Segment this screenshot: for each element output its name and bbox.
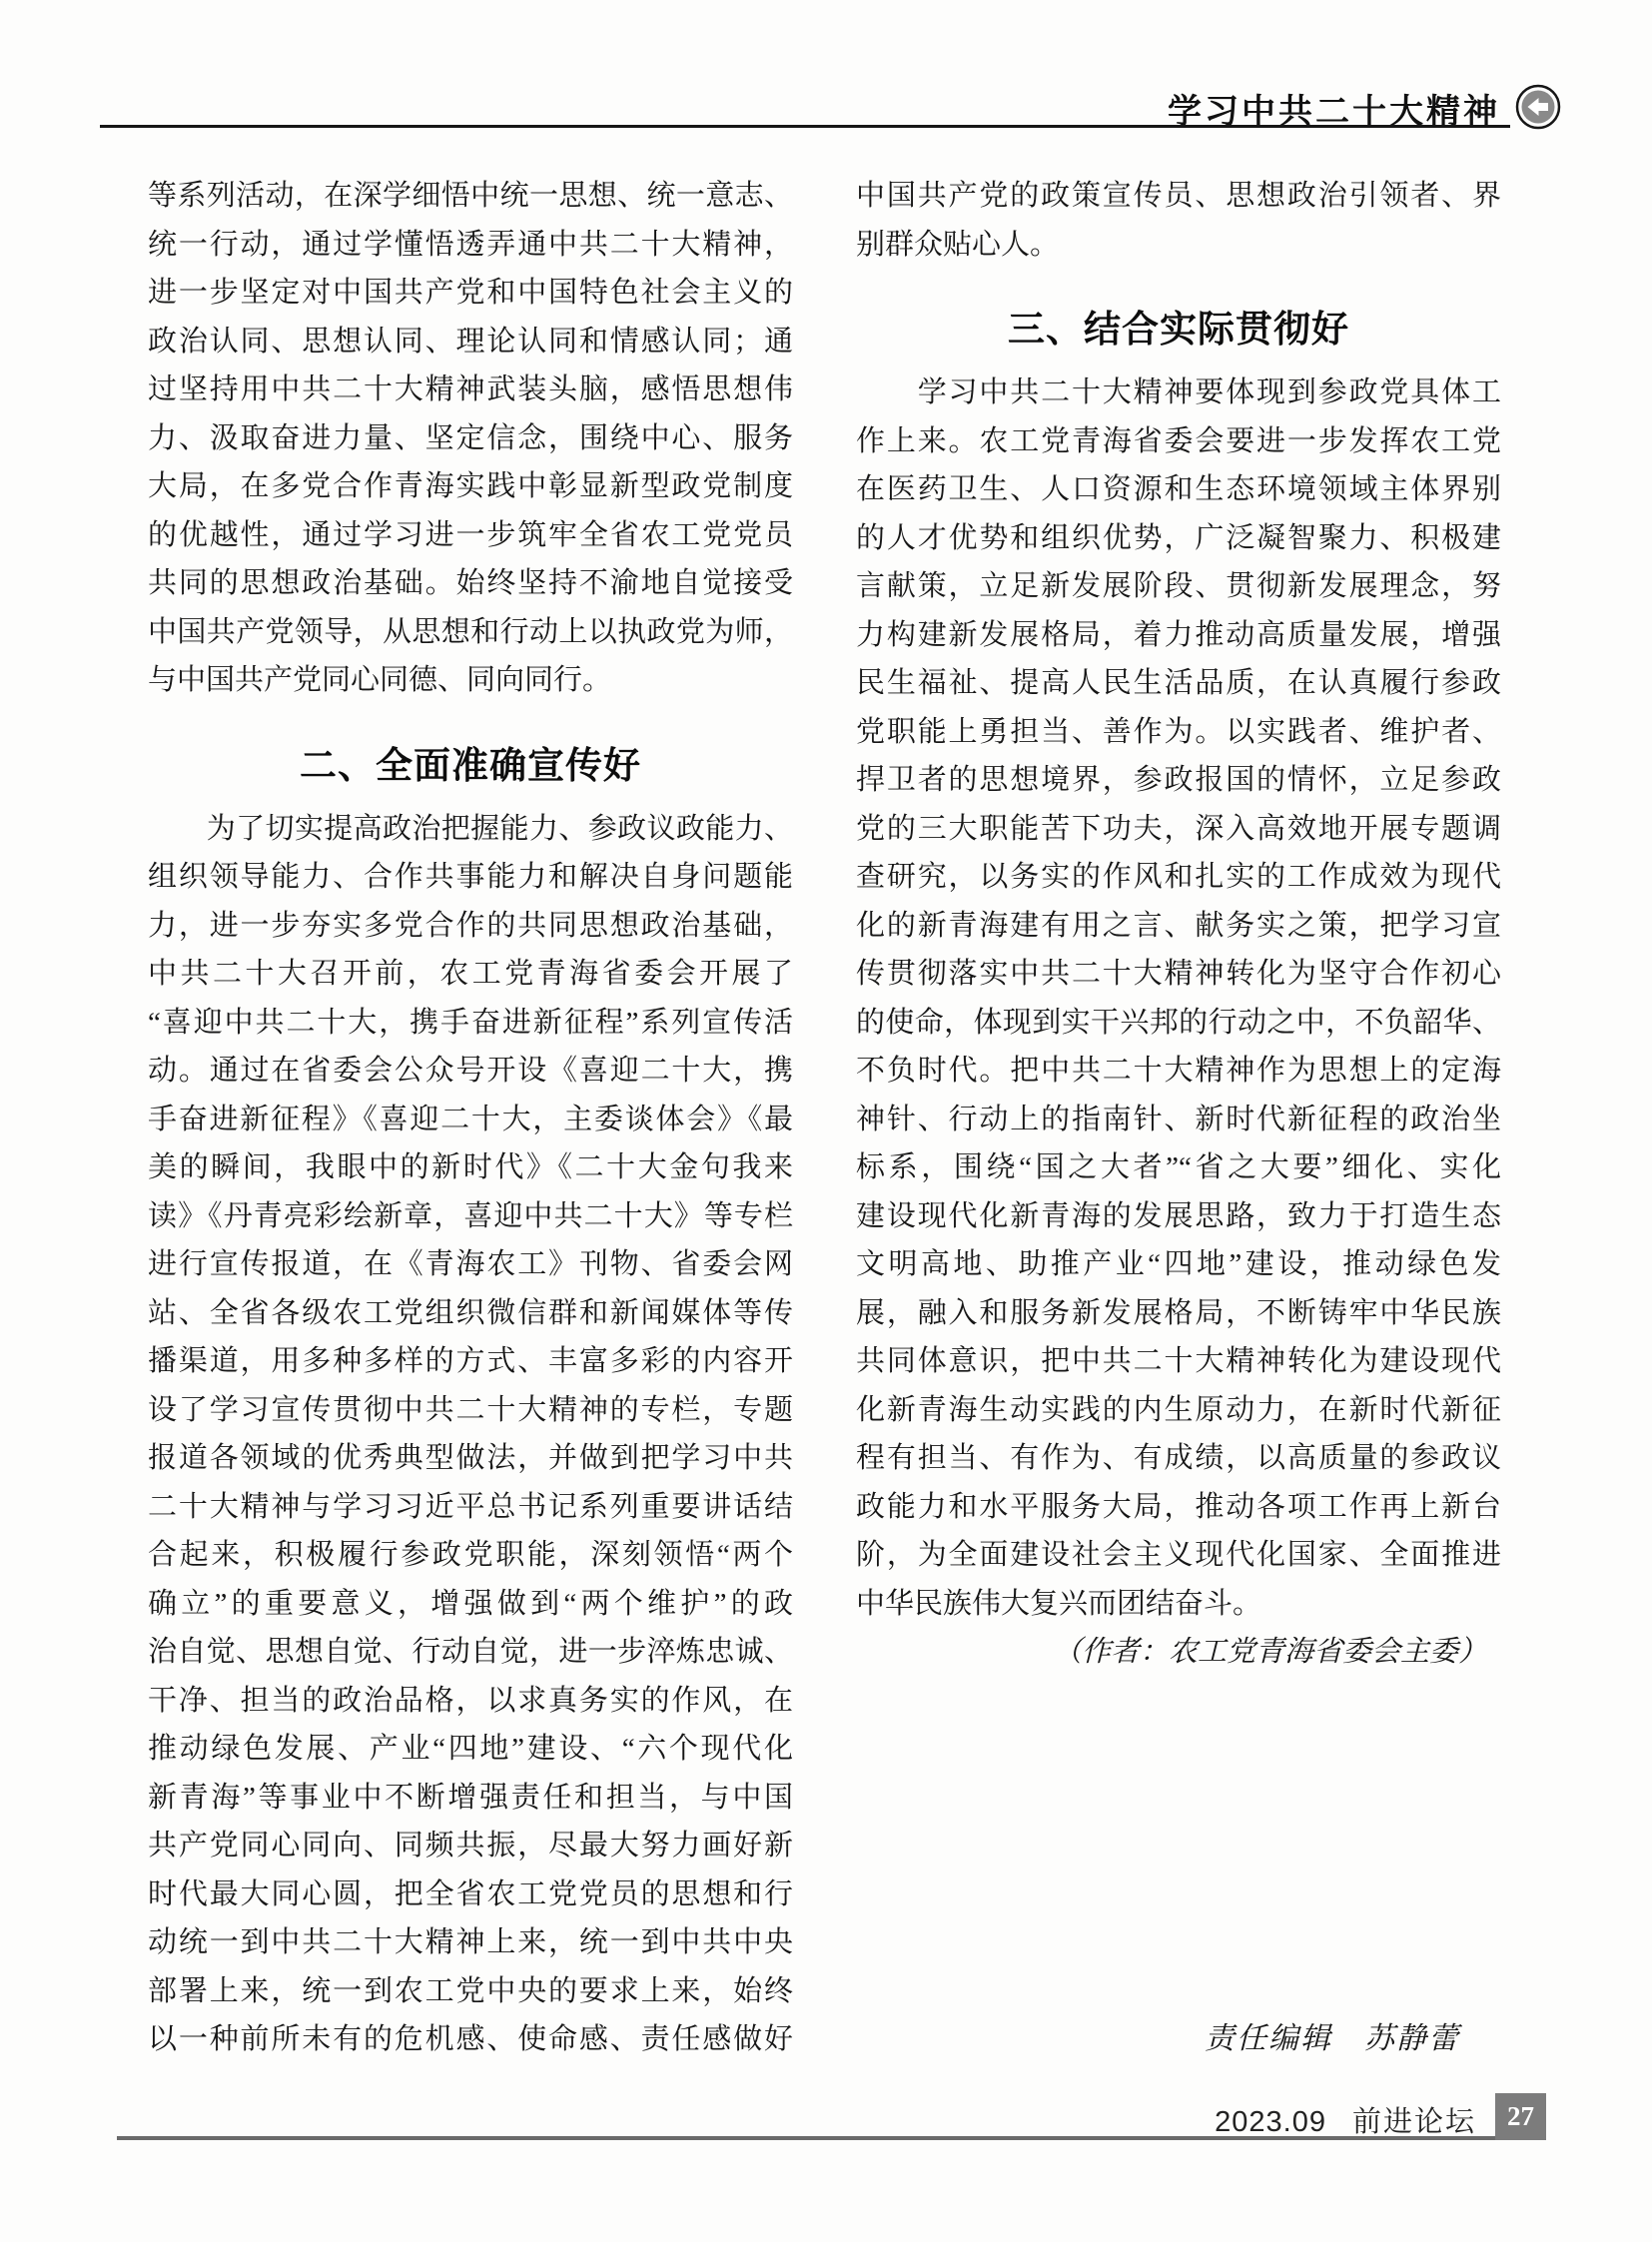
text-line: 查研究，以务实的作风和扎实的工作成效为现代 [856,853,1501,902]
text-line: 的优越性，通过学习进一步筑牢全省农工党党员 [148,511,793,560]
text-line: 政治认同、思想认同、理论认同和情感认同；通 [148,318,793,367]
text-line: 二十大精神与学习习近平总书记系列重要讲话结 [148,1483,793,1532]
text-line: 推动绿色发展、产业“四地”建设、“六个现代化 [148,1725,793,1774]
text-line: 确立”的重要意义，增强做到“两个维护”的政 [148,1580,793,1629]
text-line: 神针、行动上的指南针、新时代新征程的政治坐 [856,1096,1501,1144]
text-line: 为了切实提高政治把握能力、参政议政能力、 [148,805,793,854]
text-line: 美的瞬间，我眼中的新时代》《二十大金句我来 [148,1143,793,1192]
text-line: 不负时代。把中共二十大精神作为思想上的定海 [856,1047,1501,1096]
text-line: 合起来，积极履行参政党职能，深刻领悟“两个 [148,1531,793,1580]
text-line: 与中国共产党同心同德、同向同行。 [148,656,793,705]
section-heading-3: 三、结合实际贯彻好 [856,302,1501,358]
paragraph: 等系列活动，在深学细悟中统一思想、统一意志、统一行动，通过学懂悟透弄通中共二十大… [148,172,793,705]
text-line: 站、全省各级农工党组织微信群和新闻媒体等传 [148,1289,793,1338]
text-line: 进一步坚定对中国共产党和中国特色社会主义的 [148,269,793,318]
author-byline: （作者：农工党青海省委会主委） [856,1628,1501,1677]
text-line: 程有担当、有作为、有成绩，以高质量的参政议 [856,1434,1501,1483]
text-line: 作上来。农工党青海省委会要进一步发挥农工党 [856,417,1501,466]
text-line: 时代最大同心圆，把全省农工党党员的思想和行 [148,1870,793,1919]
text-line: 共同的思想政治基础。始终坚持不渝地自觉接受 [148,559,793,608]
text-line: 部署上来，统一到农工党中央的要求上来，始终 [148,1967,793,2016]
text-line: 共同体意识，把中共二十大精神转化为建设现代 [856,1337,1501,1386]
text-line: 中国共产党的政策宣传员、思想政治引领者、界 [856,172,1501,221]
paragraph: 为了切实提高政治把握能力、参政议政能力、组织领导能力、合作共事能力和解决自身问题… [148,805,793,2064]
text-line: 中共二十大召开前，农工党青海省委会开展了 [148,950,793,999]
text-line: 力构建新发展格局，着力推动高质量发展，增强 [856,611,1501,660]
left-column: 等系列活动，在深学细悟中统一思想、统一意志、统一行动，通过学懂悟透弄通中共二十大… [148,172,793,2064]
text-line: 学习中共二十大精神要体现到参政党具体工 [856,369,1501,417]
text-line: 建设现代化新青海的发展思路，致力于打造生态 [856,1192,1501,1241]
text-line: 中华民族伟大复兴而团结奋斗。 [856,1580,1501,1629]
text-line: 别群众贴心人。 [856,221,1501,270]
text-line: 言献策，立足新发展阶段、贯彻新发展理念，努 [856,562,1501,611]
text-line: 报道各领域的优秀典型做法，并做到把学习中共 [148,1434,793,1483]
text-line: 读》《丹青亮彩绘新章，喜迎中共二十大》等专栏 [148,1192,793,1241]
section-heading-2: 二、全面准确宣传好 [148,738,793,794]
text-line: “喜迎中共二十大，携手奋进新征程”系列宣传活 [148,999,793,1048]
text-line: 组织领导能力、合作共事能力和解决自身问题能 [148,853,793,902]
page-number-badge: 27 [1495,2093,1546,2140]
text-line: 阶，为全面建设社会主义现代化国家、全面推进 [856,1531,1501,1580]
text-line: 以一种前所未有的危机感、使命感、责任感做好 [148,2015,793,2064]
text-line: 手奋进新征程》《喜迎二十大，主委谈体会》《最 [148,1096,793,1144]
paragraph: 学习中共二十大精神要体现到参政党具体工作上来。农工党青海省委会要进一步发挥农工党… [856,369,1501,1628]
text-line: 动统一到中共二十大精神上来，统一到中共中央 [148,1918,793,1967]
right-column: 中国共产党的政策宣传员、思想政治引领者、界别群众贴心人。 三、结合实际贯彻好 学… [856,172,1501,1677]
text-line: 中国共产党领导，从思想和行动上以执政党为师， [148,608,793,657]
journal-name: 前进论坛 [1352,2106,1476,2138]
text-line: 捍卫者的思想境界，参政报国的情怀，立足参政 [856,756,1501,805]
magazine-page: 学习中共二十大精神 等系列活动，在深学细悟中统一思想、统一意志、统一行动，通过学… [0,0,1652,2242]
text-line: 力、汲取奋进力量、坚定信念，围绕中心、服务 [148,414,793,463]
text-line: 进行宣传报道，在《青海农工》刊物、省委会网 [148,1240,793,1289]
text-line: 等系列活动，在深学细悟中统一思想、统一意志、 [148,172,793,221]
text-line: 新青海”等事业中不断增强责任和担当，与中国 [148,1774,793,1823]
footer-journal-info: 2023.09前进论坛 [1215,2099,1476,2140]
text-line: 过坚持用中共二十大精神武装头脑，感悟思想伟 [148,366,793,414]
paragraph: 中国共产党的政策宣传员、思想政治引领者、界别群众贴心人。 [856,172,1501,269]
text-line: 播渠道，用多种多样的方式、丰富多彩的内容开 [148,1337,793,1386]
text-line: 文明高地、助推产业“四地”建设，推动绿色发 [856,1240,1501,1289]
back-arrow-icon [1515,84,1561,130]
header-rule [100,125,1510,128]
text-line: 展，融入和服务新发展格局，不断铸牢中华民族 [856,1289,1501,1338]
text-line: 大局，在多党合作青海实践中彰显新型政党制度 [148,462,793,511]
text-line: 干净、担当的政治品格，以求真务实的作风，在 [148,1677,793,1726]
text-line: 动。通过在省委会公众号开设《喜迎二十大，携 [148,1047,793,1096]
text-line: 党职能上勇担当、善作为。以实践者、维护者、 [856,708,1501,757]
text-line: 民生福祉、提高人民生活品质，在认真履行参政 [856,659,1501,708]
responsible-editor: 责任编辑 苏静蕾 [1205,2013,1460,2057]
text-line: 标系，围绕“国之大者”“省之大要”细化、实化 [856,1143,1501,1192]
text-line: 在医药卫生、人口资源和生态环境领域主体界别 [856,465,1501,514]
text-line: 传贯彻落实中共二十大精神转化为坚守合作初心 [856,950,1501,999]
text-line: 政能力和水平服务大局，推动各项工作再上新台 [856,1483,1501,1532]
text-line: 的使命，体现到实干兴邦的行动之中，不负韶华、 [856,999,1501,1048]
text-line: 治自觉、思想自觉、行动自觉，进一步淬炼忠诚、 [148,1628,793,1677]
text-line: 化的新青海建有用之言、献务实之策，把学习宣 [856,902,1501,951]
text-line: 设了学习宣传贯彻中共二十大精神的专栏，专题 [148,1386,793,1435]
text-line: 统一行动，通过学懂悟透弄通中共二十大精神， [148,221,793,270]
text-line: 的人才优势和组织优势，广泛凝智聚力、积极建 [856,514,1501,563]
text-line: 共产党同心同向、同频共振，尽最大努力画好新 [148,1822,793,1870]
issue-date: 2023.09 [1215,2106,1326,2138]
text-line: 力，进一步夯实多党合作的共同思想政治基础， [148,902,793,951]
text-line: 化新青海生动实践的内生原动力，在新时代新征 [856,1386,1501,1435]
text-line: 党的三大职能苦下功夫，深入高效地开展专题调 [856,805,1501,854]
